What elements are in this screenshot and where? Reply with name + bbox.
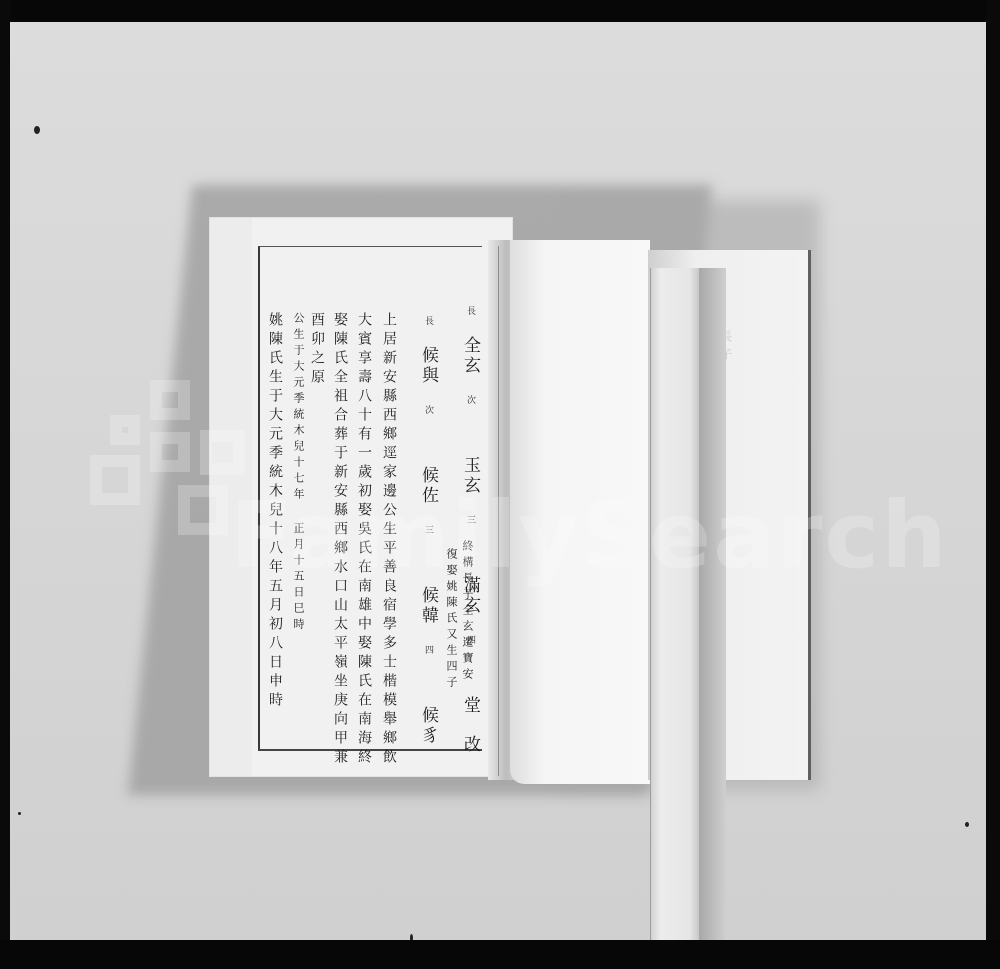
body-text-column: 上居新安縣西鄉逕家邊公生平善良宿學多士楷模舉鄉飲 xyxy=(382,312,396,768)
order-mark: 長 xyxy=(423,316,433,327)
order-mark: 三 xyxy=(423,525,433,536)
film-border-left xyxy=(0,0,10,969)
strip-shadow xyxy=(698,268,726,940)
dust-speck xyxy=(34,126,40,134)
body-text-column: 娶陳氏全祖合葬于新安縣西鄉水口山太平嶺坐庚向甲兼 xyxy=(333,312,347,768)
dust-speck xyxy=(410,934,413,940)
order-mark: 四 xyxy=(423,645,433,656)
page-holding-strip xyxy=(650,268,700,940)
person-name: 全玄 xyxy=(460,336,480,376)
order-mark: 次 xyxy=(465,395,475,406)
order-mark: 次 xyxy=(423,405,433,416)
right-page xyxy=(510,240,650,784)
person-name: 候與 xyxy=(418,346,438,386)
page-margin xyxy=(210,218,252,776)
person-name: 堂 xyxy=(460,696,480,716)
person-name: 候佐 xyxy=(418,466,438,506)
body-text-column: 酉卯之原 xyxy=(310,312,324,388)
order-mark: 長 xyxy=(465,306,475,317)
body-text-column: 大賓享壽八十有一歲初娶吳氏在南雄中娶陳氏在南海終 xyxy=(357,312,371,768)
dust-speck xyxy=(18,812,21,815)
generation-line-2: 長 候與 次 候佐 三 候韓 四 候豸 xyxy=(416,316,441,746)
person-name: 玉玄 xyxy=(460,456,480,496)
body-text-column: 姚陳氏生于大元季統木兒十八年五月初八日申時 xyxy=(268,312,282,711)
film-border-bottom xyxy=(0,940,1000,969)
annotation-mark: 改 xyxy=(460,735,480,755)
film-border-right xyxy=(986,0,1000,969)
note-column: 復娶姚陳氏又生四子 xyxy=(446,548,457,692)
dust-speck xyxy=(965,822,969,827)
film-border-top xyxy=(0,0,1000,22)
person-name: 候豸 xyxy=(418,706,438,746)
gutter-line xyxy=(498,246,499,776)
order-mark: 三 xyxy=(465,515,475,526)
body-text-column: 公生于大元季統木兒十七年 正月十五日巳時 xyxy=(293,312,304,634)
person-name: 候韓 xyxy=(418,586,438,626)
note-column: 終構長子全玄遷寶安 xyxy=(462,540,473,684)
generation-line-1: 長 全玄 次 玉玄 三 滿玄 四 堂 改 xyxy=(458,306,483,755)
